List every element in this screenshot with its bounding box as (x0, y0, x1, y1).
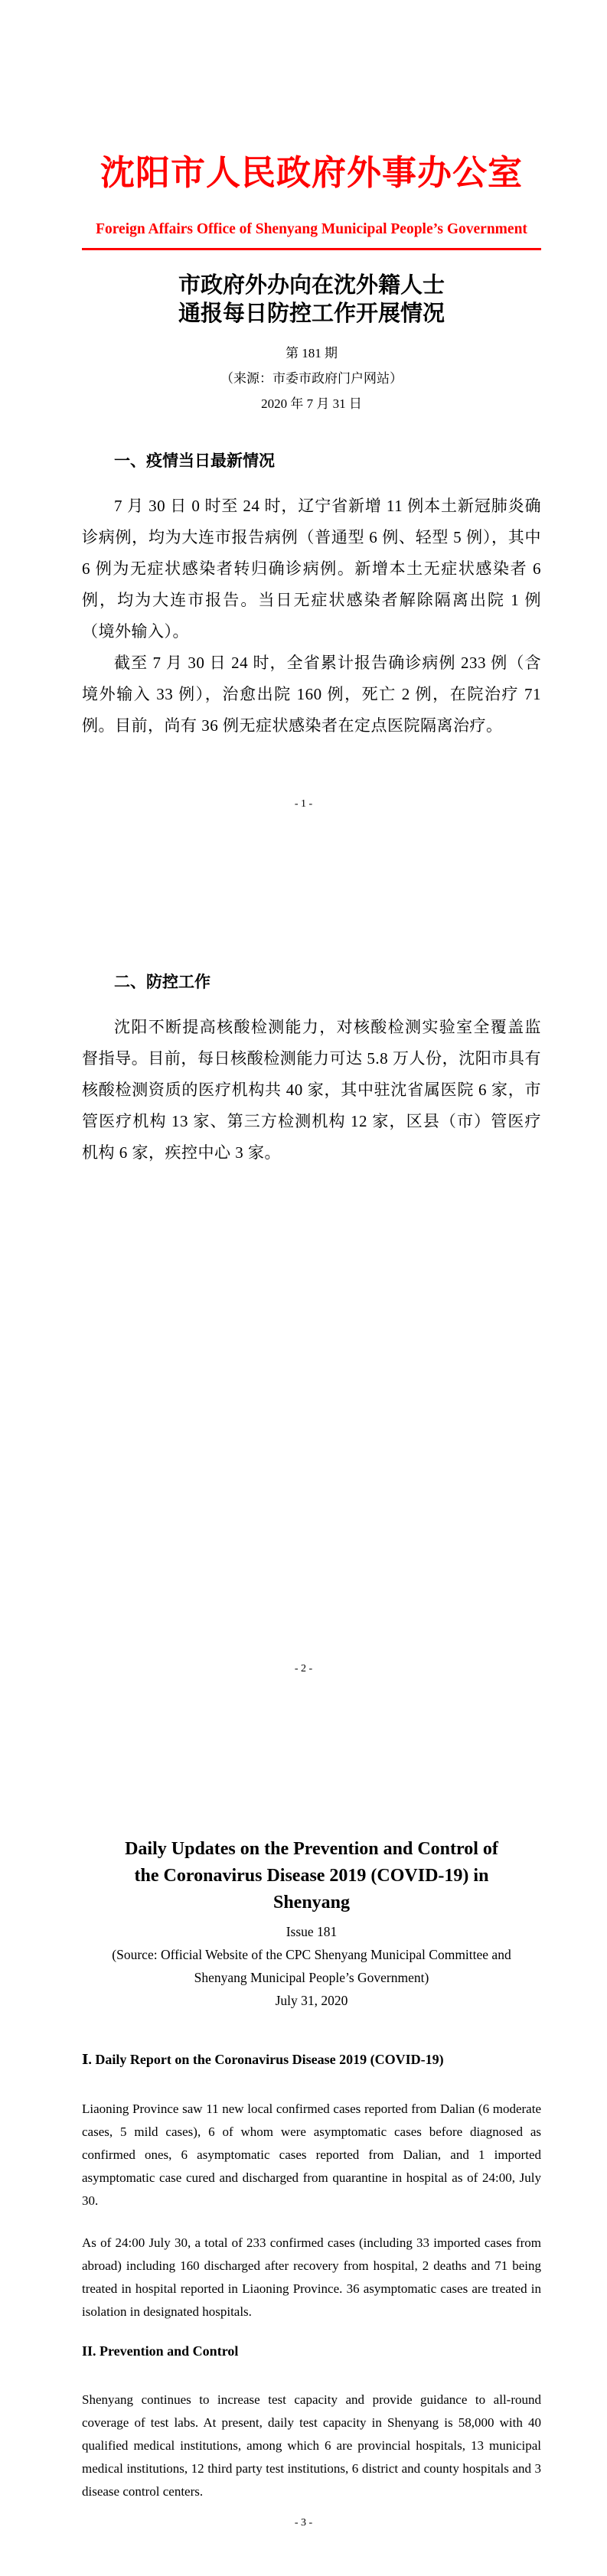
masthead-title-cn: 沈阳市人民政府外事办公室 (82, 151, 541, 195)
section-heading-prevention-control-en: II. Prevention and Control (82, 2342, 541, 2360)
english-title-line2: the Coronavirus Disease 2019 (COVID-19) … (82, 1863, 541, 1890)
section-heading-prevention-control: 二、防控工作 (82, 971, 541, 994)
section-heading-epidemic-update: 一、疫情当日最新情况 (82, 450, 541, 473)
section-heading-daily-report-en: Ⅰ. Daily Report on the Coronavirus Disea… (82, 2050, 541, 2069)
english-title-line3: Shenyang (82, 1890, 541, 1916)
document: 沈阳市人民政府外事办公室 Foreign Affairs Office of S… (0, 0, 607, 2576)
body-paragraph: 沈阳不断提高核酸检测能力，对核酸检测实验室全覆盖监督指导。目前，每日核酸检测能力… (82, 1012, 541, 1169)
red-divider (82, 248, 541, 250)
source-line1-en: (Source: Official Website of the CPC She… (82, 1943, 541, 1966)
issue-number-en: Issue 181 (82, 1920, 541, 1943)
source-line2-en: Shenyang Municipal People’s Government) (82, 1966, 541, 1989)
page-3: Daily Updates on the Prevention and Cont… (0, 1717, 607, 2576)
page-2: 二、防控工作 沈阳不断提高核酸检测能力，对核酸检测实验室全覆盖监督指导。目前，每… (0, 859, 607, 1717)
body-paragraph: 截至 7 月 30 日 24 时，全省累计报告确诊病例 233 例（含境外输入 … (82, 647, 541, 742)
doc-title-line1: 市政府外办向在沈外籍人士 (82, 272, 541, 300)
body-paragraph: Shenyang continues to increase test capa… (82, 2389, 541, 2503)
source-line: （来源：市委市政府门户网站） (82, 366, 541, 391)
body-paragraph: Liaoning Province saw 11 new local confi… (82, 2098, 541, 2212)
english-doc-meta: Issue 181 (Source: Official Website of t… (82, 1920, 541, 2012)
english-title: Daily Updates on the Prevention and Cont… (82, 1836, 541, 1916)
page-1: 沈阳市人民政府外事办公室 Foreign Affairs Office of S… (0, 0, 607, 859)
page-number: - 2 - (0, 1662, 607, 1676)
date-line: 2020 年 7 月 31 日 (82, 391, 541, 416)
doc-title: 市政府外办向在沈外籍人士 通报每日防控工作开展情况 (82, 272, 541, 328)
issue-number: 第 181 期 (82, 341, 541, 366)
english-title-line1: Daily Updates on the Prevention and Cont… (82, 1836, 541, 1863)
page-number: - 3 - (0, 2516, 607, 2530)
date-line-en: July 31, 2020 (82, 1989, 541, 2012)
body-paragraph: As of 24:00 July 30, a total of 233 conf… (82, 2232, 541, 2323)
masthead-subtitle-en: Foreign Affairs Office of Shenyang Munic… (82, 220, 541, 240)
page-number: - 1 - (0, 797, 607, 811)
doc-meta: 第 181 期 （来源：市委市政府门户网站） 2020 年 7 月 31 日 (82, 341, 541, 416)
body-paragraph: 7 月 30 日 0 时至 24 时，辽宁省新增 11 例本土新冠肺炎确诊病例，… (82, 491, 541, 647)
doc-title-line2: 通报每日防控工作开展情况 (82, 300, 541, 328)
